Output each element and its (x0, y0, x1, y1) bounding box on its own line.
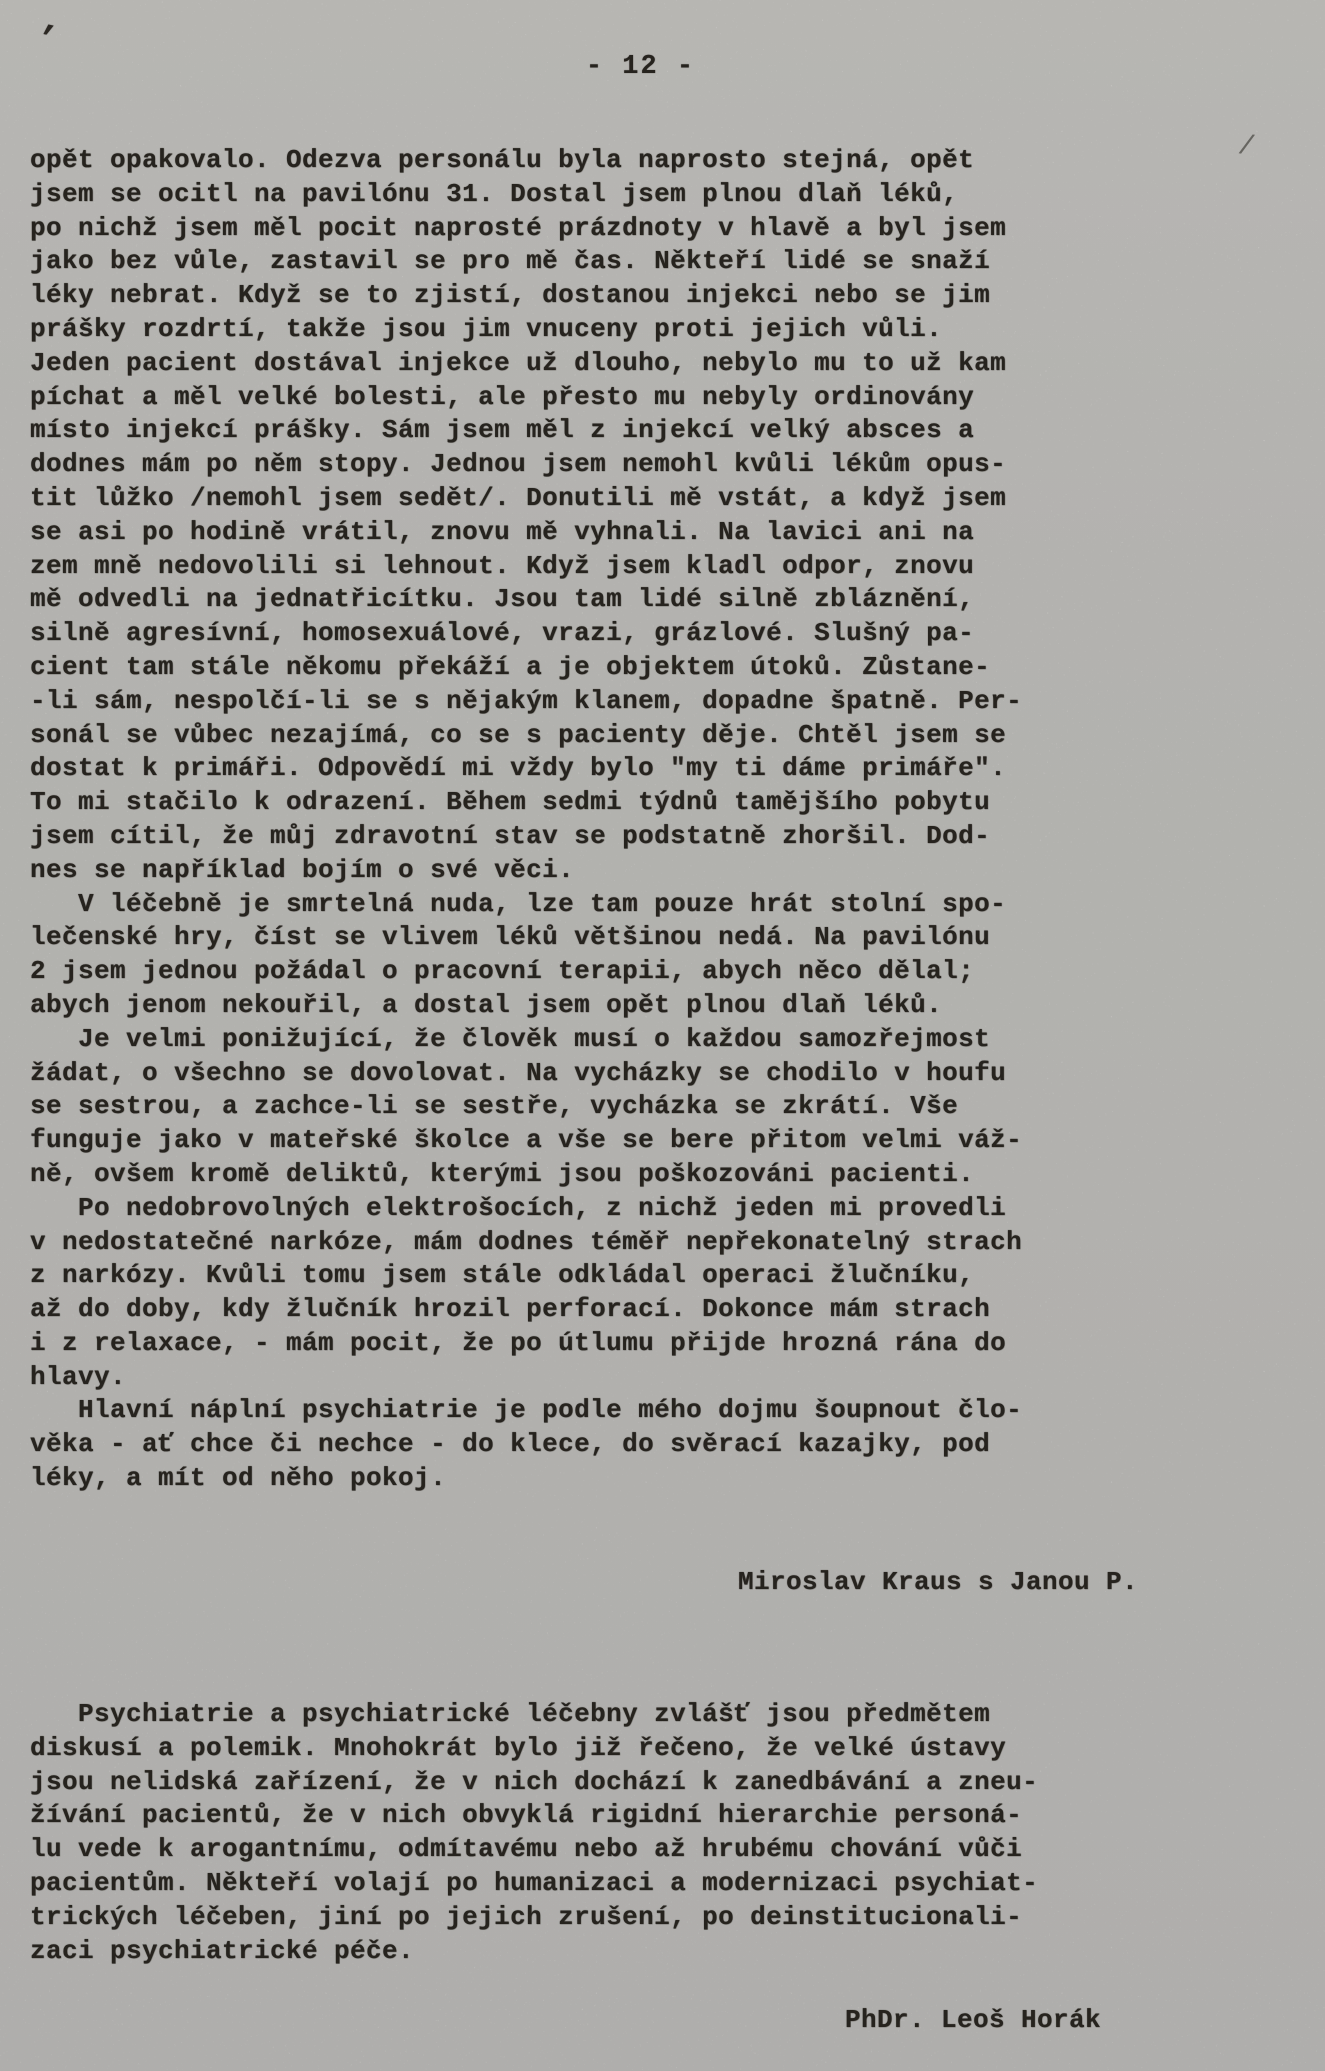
text-line: Psychiatrie a psychiatrické léčebny zvlá… (30, 1698, 1130, 1732)
text-line: silně agresívní, homosexuálové, vrazi, g… (30, 617, 1090, 651)
text-line: dostat k primáři. Odpovědí mi vždy bylo … (30, 752, 1090, 786)
text-line: lu vede k arogantnímu, odmítavému nebo a… (30, 1833, 1130, 1867)
scanned-document-page: ’ - 12 - / opět opakovalo. Odezva person… (0, 0, 1325, 2071)
text-line: se asi po hodině vrátil, znovu mě vyhnal… (30, 516, 1090, 550)
text-line: mě odvedli na jednatřicítku. Jsou tam li… (30, 583, 1090, 617)
signature-horak: PhDr. Leoš Horák (845, 2004, 1101, 2038)
text-line: Jeden pacient dostával injekce už dlouho… (30, 347, 1090, 381)
text-line: pacientům. Někteří volají po humanizaci … (30, 1867, 1130, 1901)
text-line: abych jenom nekouřil, a dostal jsem opět… (30, 989, 1090, 1023)
margin-slash-mark: / (1236, 131, 1257, 164)
text-line: místo injekcí prášky. Sám jsem měl z inj… (30, 414, 1090, 448)
text-line: žádat, o všechno se dovolovat. Na vycház… (30, 1057, 1090, 1091)
text-line: lečenské hry, číst se vlivem léků většin… (30, 921, 1090, 955)
main-text-block: opět opakovalo. Odezva personálu byla na… (30, 144, 1090, 1496)
text-line: v nedostatečné narkóze, mám dodnes téměř… (30, 1226, 1090, 1260)
text-line: hlavy. (30, 1361, 1090, 1395)
text-line: až do doby, kdy žlučník hrozil perforací… (30, 1293, 1090, 1327)
text-line: zem mně nedovolili si lehnout. Když jsem… (30, 550, 1090, 584)
text-line: prášky rozdrtí, takže jsou jim vnuceny p… (30, 313, 1090, 347)
text-line: jsem se ocitl na pavilónu 31. Dostal jse… (30, 178, 1090, 212)
text-line: 2 jsem jednou požádal o pracovní terapii… (30, 955, 1090, 989)
page-number: - 12 - (0, 52, 1281, 82)
text-line: funguje jako v mateřské školce a vše se … (30, 1124, 1090, 1158)
text-line: trických léčeben, jiní po jejich zrušení… (30, 1901, 1130, 1935)
text-line: z narkózy. Kvůli tomu jsem stále odkláda… (30, 1259, 1090, 1293)
text-line: V léčebně je smrtelná nuda, lze tam pouz… (30, 888, 1090, 922)
text-line: i z relaxace, - mám pocit, že po útlumu … (30, 1327, 1090, 1361)
text-line: se sestrou, a zachce-li se sestře, vychá… (30, 1090, 1090, 1124)
text-line: To mi stačilo k odrazení. Během sedmi tý… (30, 786, 1090, 820)
text-line: dodnes mám po něm stopy. Jednou jsem nem… (30, 448, 1090, 482)
text-line: zaci psychiatrické péče. (30, 1935, 1130, 1969)
text-line: jsem cítil, že můj zdravotní stav se pod… (30, 820, 1090, 854)
text-line: jsou nelidská zařízení, že v nich docház… (30, 1766, 1130, 1800)
closing-text-block: Psychiatrie a psychiatrické léčebny zvlá… (30, 1698, 1130, 1968)
text-line: žívání pacientů, že v nich obvyklá rigid… (30, 1799, 1130, 1833)
text-line: opět opakovalo. Odezva personálu byla na… (30, 144, 1090, 178)
text-line: píchat a měl velké bolesti, ale přesto m… (30, 381, 1090, 415)
text-line: -li sám, nespolčí-li se s nějakým klanem… (30, 685, 1090, 719)
text-line: tit lůžko /nemohl jsem sedět/. Donutili … (30, 482, 1090, 516)
text-line: Po nedobrovolných elektrošocích, z nichž… (30, 1192, 1090, 1226)
text-line: po nichž jsem měl pocit naprosté prázdno… (30, 212, 1090, 246)
text-line: léky, a mít od něho pokoj. (30, 1462, 1090, 1496)
text-line: věka - ať chce či nechce - do klece, do … (30, 1428, 1090, 1462)
text-line: jako bez vůle, zastavil se pro mě čas. N… (30, 245, 1090, 279)
text-line: Hlavní náplní psychiatrie je podle mého … (30, 1394, 1090, 1428)
text-line: ně, ovšem kromě deliktů, kterými jsou po… (30, 1158, 1090, 1192)
text-line: cient tam stále někomu překáží a je obje… (30, 651, 1090, 685)
text-line: Je velmi ponižující, že člověk musí o ka… (30, 1023, 1090, 1057)
text-line: sonál se vůbec nezajímá, co se s pacient… (30, 719, 1090, 753)
signature-kraus: Miroslav Kraus s Janou P. (738, 1566, 1138, 1600)
text-line: léky nebrat. Když se to zjistí, dostanou… (30, 279, 1090, 313)
text-line: diskusí a polemik. Mnohokrát bylo již ře… (30, 1732, 1130, 1766)
text-line: nes se například bojím o své věci. (30, 854, 1090, 888)
